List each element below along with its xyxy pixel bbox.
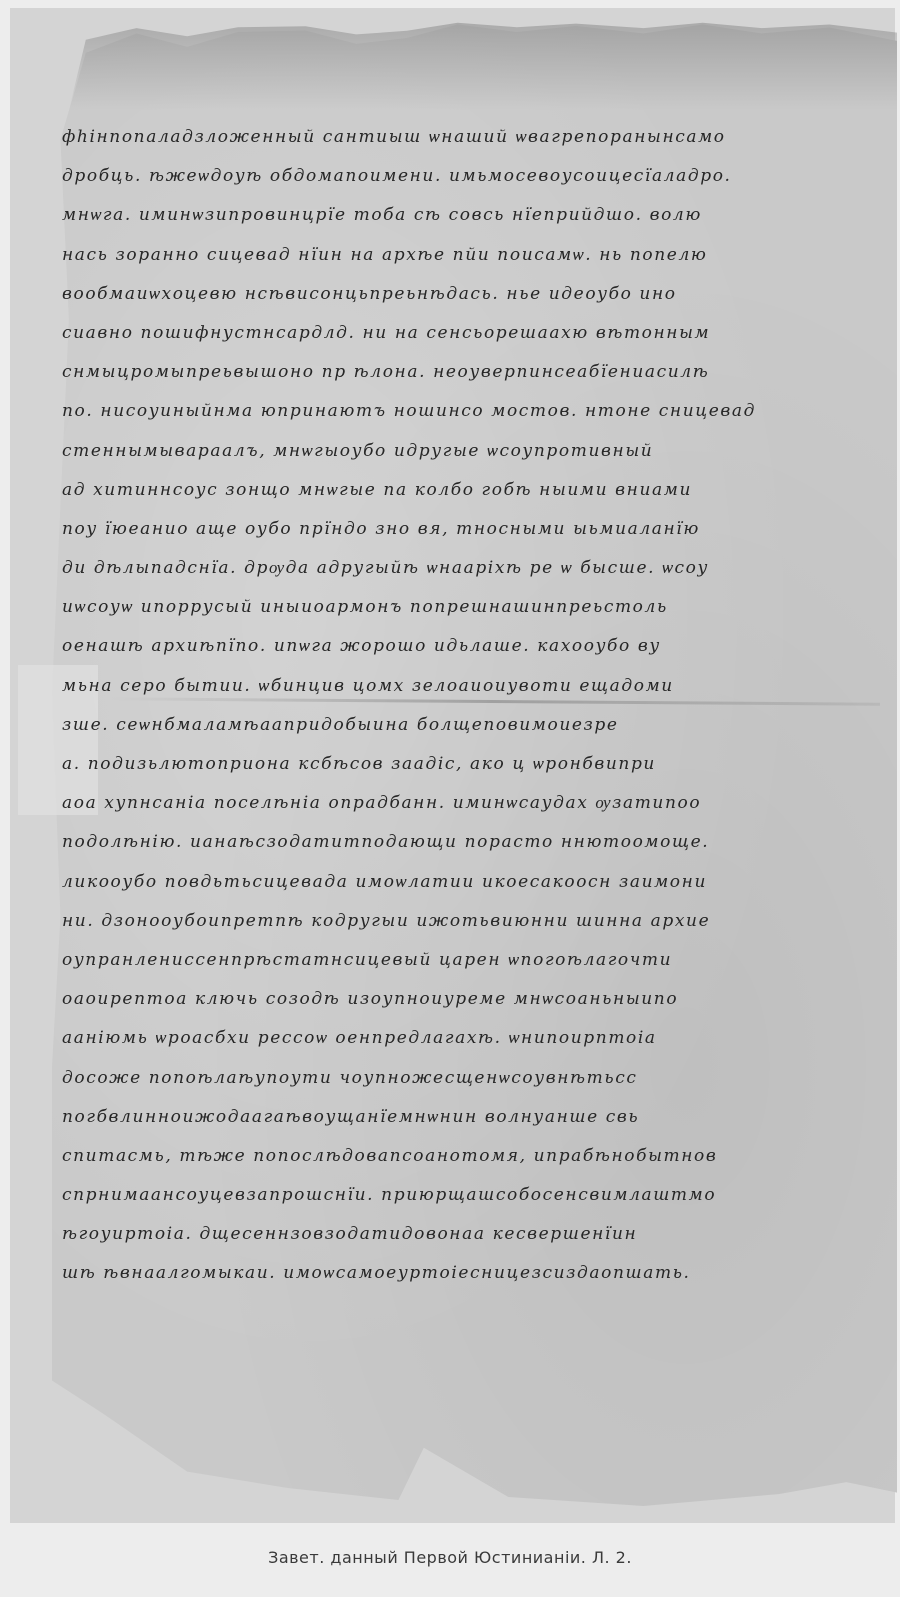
manuscript-line: шѣ ѣвнаалгомыкаи. имоѡсамоеуртоіесницезс… <box>62 1254 852 1293</box>
manuscript-line: ликооубо повдьтьсицевада имоѡлатии икоес… <box>62 863 852 902</box>
manuscript-line: оаоирептоа ключь созодѣ изоупноиуреме мн… <box>62 980 852 1019</box>
manuscript-line: по. нисоуиныйнма юпринаютъ ношинсо мосто… <box>62 392 852 431</box>
manuscript-line: мнѡга. иминѡзипровинцрїе тоба сѣ совсь н… <box>62 196 852 235</box>
manuscript-line: зше. сеѡнбмаламѣаапридобыина болщеповимо… <box>62 706 852 745</box>
manuscript-line: оупранлениссенпрѣстатнсицевый царен ѡпог… <box>62 941 852 980</box>
figure-caption: Завет. данный Первой Юстинианiи. Л. 2. <box>0 1548 900 1567</box>
manuscript-line: ни. дзонооубоипретпѣ кодругыи ижотьвиюнн… <box>62 902 852 941</box>
manuscript-line: ди дѣлыпадснїа. дрѹда адругыйѣ ѡнааріхѣ … <box>62 549 852 588</box>
manuscript-line: мьна серо бытии. ѡбинцив цомх зелоаиоиув… <box>62 667 852 706</box>
manuscript-line: погбвлинноижодаагаѣвоущанїемнѡнин волнуа… <box>62 1098 852 1137</box>
manuscript-line: поу їюеанио аще оубо прїндо зно вя, тнос… <box>62 510 852 549</box>
manuscript-line: дробць. ѣжеѡдоуѣ обдомапоимени. имьмосев… <box>62 157 852 196</box>
manuscript-text: фhiнпопаладзложенный сантиыш ѡнаший ѡваг… <box>62 118 852 1294</box>
manuscript-line: а. подизьлютоприона ксбѣсов заадіс, ако … <box>62 745 852 784</box>
manuscript-line: ад хитиннсоус зонщо мнѡгые па колбо гобѣ… <box>62 471 852 510</box>
manuscript-line: фhiнпопаладзложенный сантиыш ѡнаший ѡваг… <box>62 118 852 157</box>
manuscript-line: подолѣнію. ианаѣсзодатитподающи порасто … <box>62 823 852 862</box>
manuscript-line: сиавно пошифнустнсардлд. ни на сенсьореш… <box>62 314 852 353</box>
manuscript-line: иѡсоуѡ ипоррусый иныиоармонъ попрешнашин… <box>62 588 852 627</box>
manuscript-line: оенашѣ архиѣпїпо. ипѡга жорошо идьлаше. … <box>62 627 852 666</box>
manuscript-line: спитасмь, тѣже попослѣдовапсоанотомя, ип… <box>62 1137 852 1176</box>
manuscript-line: стеннымывараалъ, мнѡгыоубо идругые ѡсоуп… <box>62 432 852 471</box>
manuscript-line: снмыцромыпреьвышоно пр ѣлона. неоуверпин… <box>62 353 852 392</box>
manuscript-line: ааніюмь ѡроасбхи рессоѡ оенпредлагахѣ. ѡ… <box>62 1019 852 1058</box>
manuscript-line: ѣгоуиртоіа. дщесеннзовзодатидовонаа кесв… <box>62 1215 852 1254</box>
manuscript-line: вообмаиѡхоцевю нсѣвисонцьпреьнѣдась. нье… <box>62 275 852 314</box>
manuscript-line: досоже попоѣлаѣупоути чоупножесщенѡсоувн… <box>62 1059 852 1098</box>
manuscript-line: нась зоранно сицевад нїин на архѣе пйи п… <box>62 236 852 275</box>
manuscript-line: спрнимаансоуцевзапрошснїи. приюрщашсобос… <box>62 1176 852 1215</box>
manuscript-line: аоа хупнсаніа поселѣніа опрадбанн. иминѡ… <box>62 784 852 823</box>
